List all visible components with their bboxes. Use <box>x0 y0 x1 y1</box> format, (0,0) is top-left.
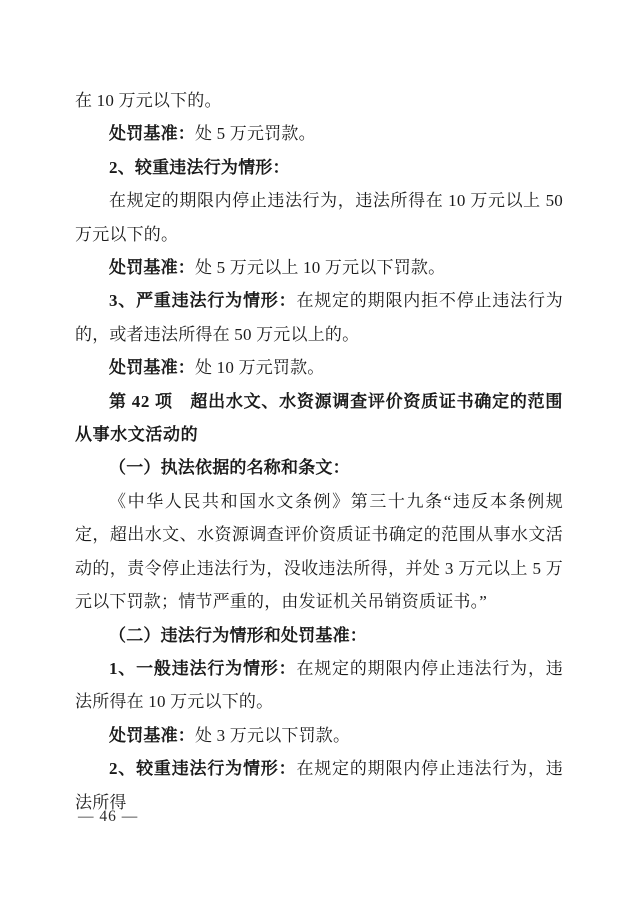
paragraph: 《中华人民共和国水文条例》第三十九条“违反本条例规定，超出水文、水资源调查评价资… <box>75 485 563 619</box>
body-text: 处 10 万元罚款。 <box>195 358 325 377</box>
paragraph: 处罚基准：处 5 万元以上 10 万元以下罚款。 <box>75 251 563 284</box>
emphasis-text: （一）执法依据的名称和条文： <box>109 458 350 477</box>
paragraph: 在规定的期限内停止违法行为，违法所得在 10 万元以上 50 万元以下的。 <box>75 184 563 251</box>
paragraph: 1、一般违法行为情形：在规定的期限内停止违法行为，违法所得在 10 万元以下的。 <box>75 652 563 719</box>
emphasis-text: 第 42 项 超出水文、水资源调查评价资质证书确定的范围从事水文活动的 <box>75 392 563 444</box>
emphasis-text: 2、较重违法行为情形： <box>109 759 296 778</box>
body-text: 在规定的期限内停止违法行为，违法所得在 10 万元以上 50 万元以下的。 <box>75 191 563 243</box>
paragraph: 处罚基准：处 10 万元罚款。 <box>75 351 563 384</box>
body-text: 处 5 万元以上 10 万元以下罚款。 <box>195 258 445 277</box>
section-heading: 第 42 项 超出水文、水资源调查评价资质证书确定的范围从事水文活动的 <box>75 385 563 452</box>
body-text: 处 3 万元以下罚款。 <box>195 726 350 745</box>
paragraph: 2、较重违法行为情形：在规定的期限内停止违法行为，违法所得 <box>75 752 563 819</box>
paragraph: 3、严重违法行为情形：在规定的期限内拒不停止违法行为的，或者违法所得在 50 万… <box>75 284 563 351</box>
emphasis-text: 处罚基准： <box>109 124 195 143</box>
emphasis-text: 处罚基准： <box>109 258 195 277</box>
body-text: 《中华人民共和国水文条例》第三十九条“违反本条例规定，超出水文、水资源调查评价资… <box>75 492 563 611</box>
emphasis-text: （二）违法行为情形和处罚基准： <box>109 626 367 645</box>
paragraph: （一）执法依据的名称和条文： <box>75 451 563 484</box>
emphasis-text: 1、一般违法行为情形： <box>109 659 296 678</box>
document-body: 在 10 万元以下的。处罚基准：处 5 万元罚款。2、较重违法行为情形：在规定的… <box>75 84 563 819</box>
paragraph: 处罚基准：处 5 万元罚款。 <box>75 117 563 150</box>
emphasis-text: 处罚基准： <box>109 358 195 377</box>
body-text: 处 5 万元罚款。 <box>195 124 316 143</box>
body-text: 在 10 万元以下的。 <box>75 91 222 110</box>
paragraph: 2、较重违法行为情形： <box>75 151 563 184</box>
emphasis-text: 处罚基准： <box>109 726 195 745</box>
footer-page-number: — 46 — <box>78 808 138 826</box>
paragraph: 处罚基准：处 3 万元以下罚款。 <box>75 719 563 752</box>
document-page: 在 10 万元以下的。处罚基准：处 5 万元罚款。2、较重违法行为情形：在规定的… <box>0 0 635 898</box>
emphasis-text: 3、严重违法行为情形： <box>109 291 296 310</box>
emphasis-text: 2、较重违法行为情形： <box>109 158 290 177</box>
paragraph: （二）违法行为情形和处罚基准： <box>75 619 563 652</box>
paragraph: 在 10 万元以下的。 <box>75 84 563 117</box>
